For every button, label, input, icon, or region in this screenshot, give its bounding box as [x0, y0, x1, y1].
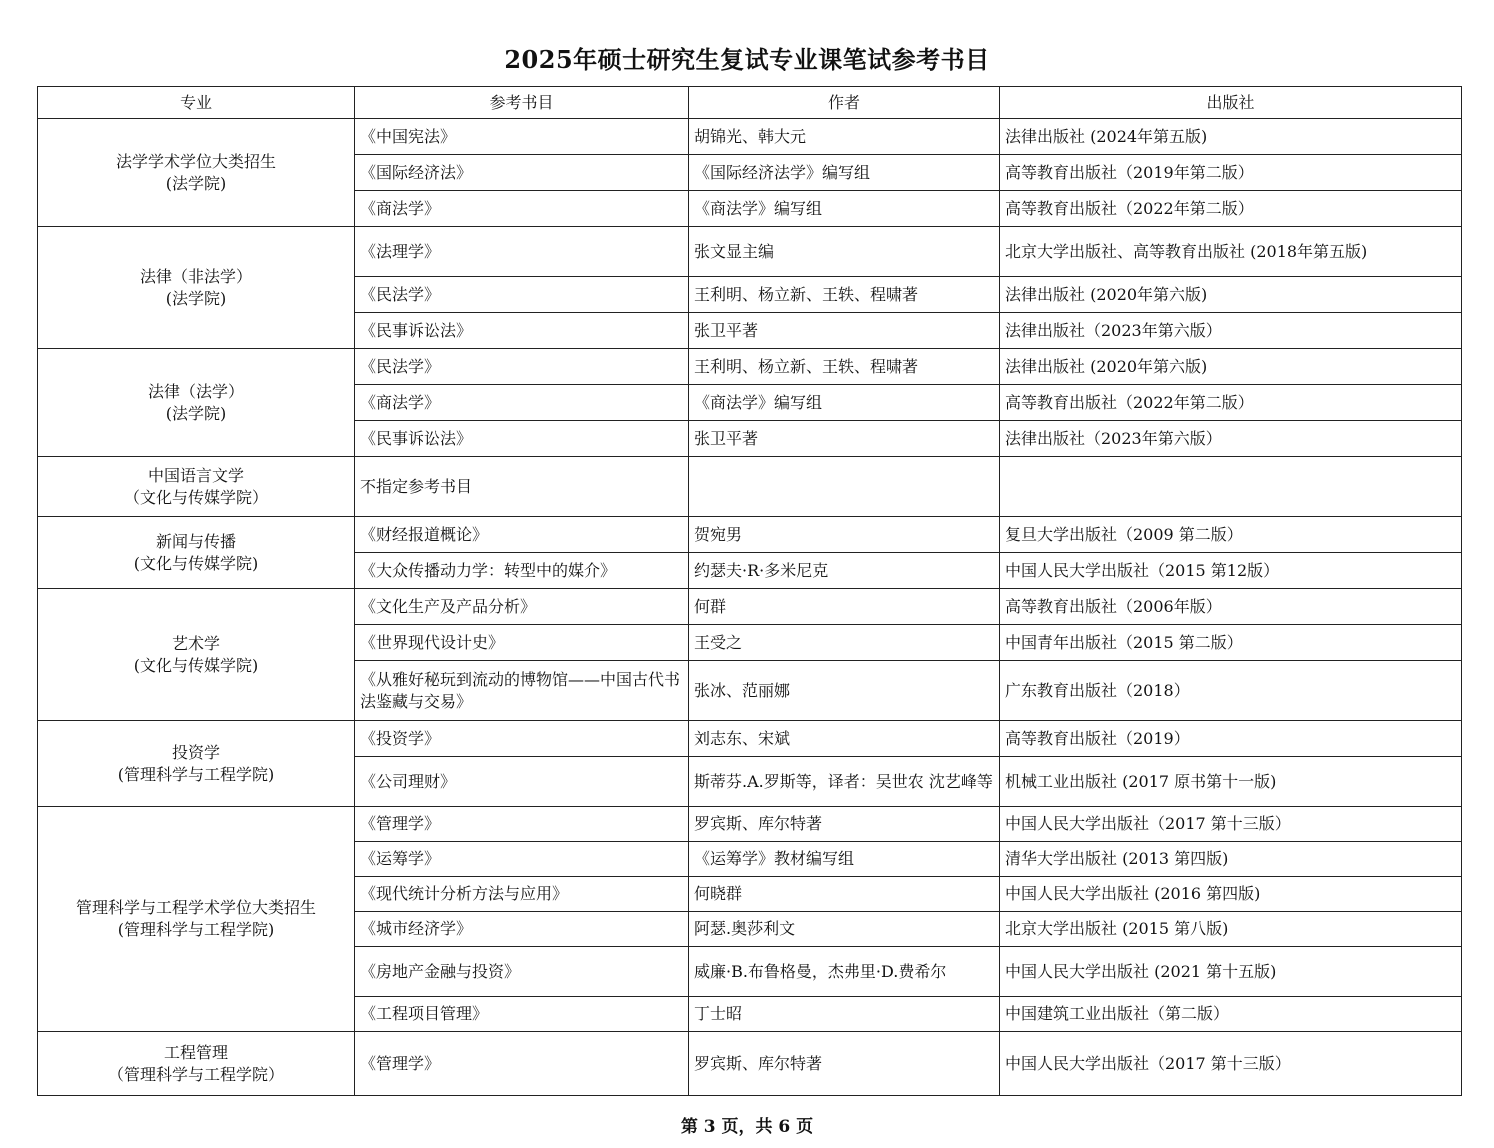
publisher-cell: 中国青年出版社（2015 第二版） [1000, 625, 1462, 661]
publisher-cell: 机械工业出版社 (2017 原书第十一版) [1000, 757, 1462, 807]
book-cell: 《文化生产及产品分析》 [355, 589, 689, 625]
publisher-cell: 高等教育出版社（2022年第二版） [1000, 191, 1462, 227]
book-cell: 《商法学》 [355, 191, 689, 227]
major-cell: 工程管理 （管理科学与工程学院） [38, 1032, 355, 1096]
author-cell: 何群 [689, 589, 1000, 625]
publisher-cell: 高等教育出版社（2019年第二版） [1000, 155, 1462, 191]
major-name: 中国语言文学 [43, 465, 349, 487]
book-cell: 《管理学》 [355, 807, 689, 842]
table-row: 法律（法学） (法学院) 《民法学》 王利明、杨立新、王轶、程啸著 法律出版社 … [38, 349, 1462, 385]
author-cell: 王受之 [689, 625, 1000, 661]
book-cell: 《城市经济学》 [355, 912, 689, 947]
author-cell: 威廉·B.布鲁格曼，杰弗里·D.费希尔 [689, 947, 1000, 997]
publisher-cell: 中国人民大学出版社（2017 第十三版） [1000, 807, 1462, 842]
book-cell: 《投资学》 [355, 721, 689, 757]
table-header-row: 专业 参考书目 作者 出版社 [38, 87, 1462, 119]
book-cell: 《民法学》 [355, 349, 689, 385]
major-school: （管理科学与工程学院） [43, 1064, 349, 1086]
publisher-cell: 法律出版社（2023年第六版） [1000, 421, 1462, 457]
major-name: 投资学 [43, 742, 349, 764]
major-cell: 法律（法学） (法学院) [38, 349, 355, 457]
author-cell: 刘志东、宋斌 [689, 721, 1000, 757]
book-cell: 《法理学》 [355, 227, 689, 277]
table-row: 中国语言文学 （文化与传媒学院） 不指定参考书目 [38, 457, 1462, 517]
publisher-cell: 中国人民大学出版社 (2021 第十五版) [1000, 947, 1462, 997]
reference-books-table: 专业 参考书目 作者 出版社 法学学术学位大类招生 (法学院) 《中国宪法》 胡… [37, 86, 1462, 1096]
major-cell: 管理科学与工程学术学位大类招生 (管理科学与工程学院) [38, 807, 355, 1032]
major-cell: 投资学 (管理科学与工程学院) [38, 721, 355, 807]
major-name: 法学学术学位大类招生 [43, 151, 349, 173]
author-cell: 胡锦光、韩大元 [689, 119, 1000, 155]
table-row: 法学学术学位大类招生 (法学院) 《中国宪法》 胡锦光、韩大元 法律出版社 (2… [38, 119, 1462, 155]
book-cell: 《财经报道概论》 [355, 517, 689, 553]
author-cell: 张卫平著 [689, 421, 1000, 457]
book-cell: 《房地产金融与投资》 [355, 947, 689, 997]
publisher-cell: 中国人民大学出版社（2017 第十三版） [1000, 1032, 1462, 1096]
publisher-cell: 法律出版社（2023年第六版） [1000, 313, 1462, 349]
author-cell: 张文显主编 [689, 227, 1000, 277]
major-cell: 中国语言文学 （文化与传媒学院） [38, 457, 355, 517]
publisher-cell: 高等教育出版社（2019） [1000, 721, 1462, 757]
author-cell: 王利明、杨立新、王轶、程啸著 [689, 277, 1000, 313]
publisher-cell: 中国建筑工业出版社（第二版） [1000, 997, 1462, 1032]
publisher-cell [1000, 457, 1462, 517]
publisher-cell: 法律出版社 (2020年第六版) [1000, 349, 1462, 385]
book-cell: 《现代统计分析方法与应用》 [355, 877, 689, 912]
major-cell: 艺术学 (文化与传媒学院) [38, 589, 355, 721]
book-cell: 《运筹学》 [355, 842, 689, 877]
document-title: 2025年硕士研究生复试专业课笔试参考书目 [0, 40, 1494, 75]
book-cell: 《民法学》 [355, 277, 689, 313]
author-cell: 张卫平著 [689, 313, 1000, 349]
major-cell: 新闻与传播 (文化与传媒学院) [38, 517, 355, 589]
author-cell: 《运筹学》教材编写组 [689, 842, 1000, 877]
publisher-cell: 复旦大学出版社（2009 第二版） [1000, 517, 1462, 553]
publisher-cell: 北京大学出版社 (2015 第八版) [1000, 912, 1462, 947]
major-name: 艺术学 [43, 633, 349, 655]
book-cell: 《管理学》 [355, 1032, 689, 1096]
major-name: 法律（法学） [43, 381, 349, 403]
author-cell: 张冰、范丽娜 [689, 661, 1000, 721]
header-publisher: 出版社 [1000, 87, 1462, 119]
major-school: (法学院) [43, 403, 349, 425]
book-cell: 不指定参考书目 [355, 457, 689, 517]
author-cell: 《国际经济法学》编写组 [689, 155, 1000, 191]
table-row: 投资学 (管理科学与工程学院) 《投资学》 刘志东、宋斌 高等教育出版社（201… [38, 721, 1462, 757]
major-school: (文化与传媒学院) [43, 553, 349, 575]
table-row: 艺术学 (文化与传媒学院) 《文化生产及产品分析》 何群 高等教育出版社（200… [38, 589, 1462, 625]
author-cell: 王利明、杨立新、王轶、程啸著 [689, 349, 1000, 385]
book-cell: 《公司理财》 [355, 757, 689, 807]
publisher-cell: 高等教育出版社（2022年第二版） [1000, 385, 1462, 421]
book-cell: 《大众传播动力学：转型中的媒介》 [355, 553, 689, 589]
major-cell: 法学学术学位大类招生 (法学院) [38, 119, 355, 227]
header-major: 专业 [38, 87, 355, 119]
table-row: 工程管理 （管理科学与工程学院） 《管理学》 罗宾斯、库尔特著 中国人民大学出版… [38, 1032, 1462, 1096]
header-book: 参考书目 [355, 87, 689, 119]
major-school: (文化与传媒学院) [43, 655, 349, 677]
table-row: 管理科学与工程学术学位大类招生 (管理科学与工程学院) 《管理学》 罗宾斯、库尔… [38, 807, 1462, 842]
header-author: 作者 [689, 87, 1000, 119]
book-cell: 《民事诉讼法》 [355, 313, 689, 349]
author-cell: 《商法学》编写组 [689, 385, 1000, 421]
major-school: (管理科学与工程学院) [43, 919, 349, 941]
major-name: 新闻与传播 [43, 531, 349, 553]
book-cell: 《中国宪法》 [355, 119, 689, 155]
author-cell: 何晓群 [689, 877, 1000, 912]
author-cell: 罗宾斯、库尔特著 [689, 807, 1000, 842]
book-cell: 《民事诉讼法》 [355, 421, 689, 457]
book-cell: 《世界现代设计史》 [355, 625, 689, 661]
major-name: 管理科学与工程学术学位大类招生 [43, 897, 349, 919]
publisher-cell: 北京大学出版社、高等教育出版社 (2018年第五版) [1000, 227, 1462, 277]
author-cell: 约瑟夫·R·多米尼克 [689, 553, 1000, 589]
author-cell: 丁士昭 [689, 997, 1000, 1032]
publisher-cell: 法律出版社 (2020年第六版) [1000, 277, 1462, 313]
book-cell: 《从雅好秘玩到流动的博物馆——中国古代书法鉴藏与交易》 [355, 661, 689, 721]
book-cell: 《工程项目管理》 [355, 997, 689, 1032]
major-school: (法学院) [43, 288, 349, 310]
table-row: 法律（非法学） (法学院) 《法理学》 张文显主编 北京大学出版社、高等教育出版… [38, 227, 1462, 277]
book-cell: 《商法学》 [355, 385, 689, 421]
major-school: (管理科学与工程学院) [43, 764, 349, 786]
major-school: （文化与传媒学院） [43, 487, 349, 509]
book-cell: 《国际经济法》 [355, 155, 689, 191]
author-cell [689, 457, 1000, 517]
major-cell: 法律（非法学） (法学院) [38, 227, 355, 349]
author-cell: 《商法学》编写组 [689, 191, 1000, 227]
major-name: 工程管理 [43, 1042, 349, 1064]
author-cell: 罗宾斯、库尔特著 [689, 1032, 1000, 1096]
table-row: 新闻与传播 (文化与传媒学院) 《财经报道概论》 贺宛男 复旦大学出版社（200… [38, 517, 1462, 553]
publisher-cell: 法律出版社 (2024年第五版) [1000, 119, 1462, 155]
major-name: 法律（非法学） [43, 266, 349, 288]
page-number: 第 3 页，共 6 页 [0, 1112, 1494, 1137]
major-school: (法学院) [43, 173, 349, 195]
publisher-cell: 中国人民大学出版社 (2016 第四版) [1000, 877, 1462, 912]
author-cell: 贺宛男 [689, 517, 1000, 553]
author-cell: 阿瑟.奥莎利文 [689, 912, 1000, 947]
publisher-cell: 高等教育出版社（2006年版） [1000, 589, 1462, 625]
publisher-cell: 清华大学出版社 (2013 第四版) [1000, 842, 1462, 877]
publisher-cell: 中国人民大学出版社（2015 第12版） [1000, 553, 1462, 589]
author-cell: 斯蒂芬.A.罗斯等，译者：吴世农 沈艺峰等 [689, 757, 1000, 807]
publisher-cell: 广东教育出版社（2018） [1000, 661, 1462, 721]
